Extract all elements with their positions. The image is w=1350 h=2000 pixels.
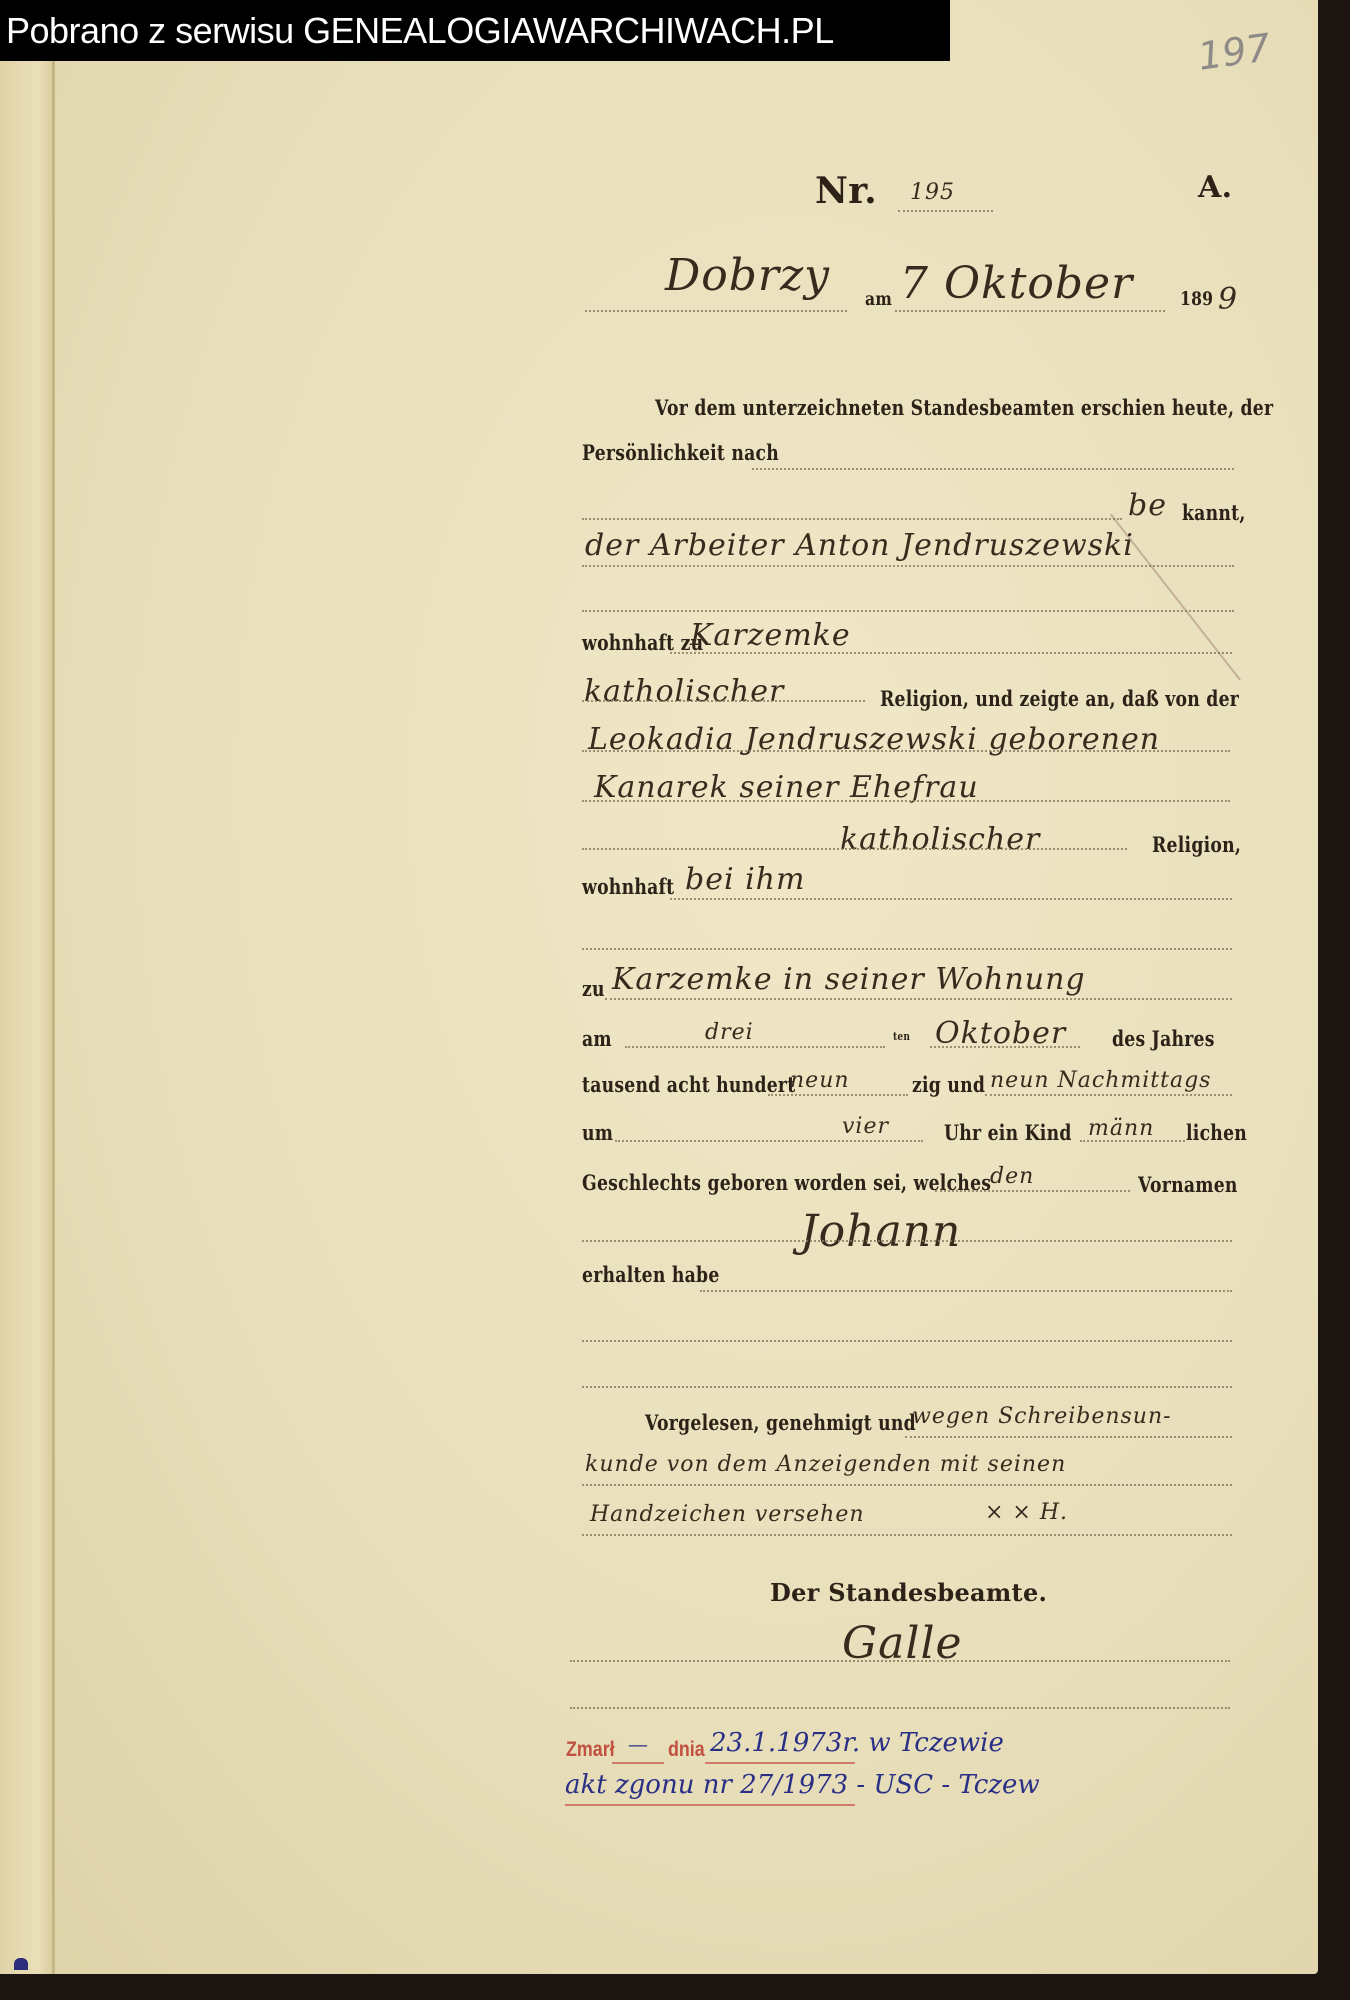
ruling-16: [985, 1094, 1232, 1096]
place-ruling: [585, 310, 847, 312]
record-number: 195: [910, 180, 955, 205]
ruling-23: [582, 1386, 1232, 1388]
des-jahres-label: des Jahres: [1112, 1026, 1215, 1051]
stamp-underline-2: [705, 1762, 855, 1764]
ruling-1: [752, 468, 1234, 470]
ruling-18: [1080, 1140, 1185, 1142]
binding-line: [52, 0, 54, 1974]
ruling-8: [582, 800, 1230, 802]
ruling-22: [582, 1340, 1232, 1342]
informant-residence: Karzemke: [690, 618, 851, 653]
ruling-11: [582, 948, 1232, 950]
ruling-10: [670, 898, 1232, 900]
ten-label: ten: [893, 1030, 910, 1043]
ruling-9: [582, 848, 1127, 850]
uhr-label: Uhr ein Kind: [944, 1120, 1072, 1145]
ruling-14: [930, 1046, 1080, 1048]
source-watermark: Pobrano z serwisu GENEALOGIAWARCHIWACH.P…: [0, 0, 950, 61]
ruling-4: [582, 610, 1234, 612]
dnia-stamp: dnia: [668, 1738, 705, 1762]
stamp-underline-3: [565, 1804, 855, 1806]
ruling-5: [670, 652, 1232, 654]
ruling-24: [905, 1436, 1232, 1438]
ruling-26: [582, 1534, 1232, 1536]
ruling-20: [582, 1240, 1232, 1242]
ruling-7: [582, 750, 1230, 752]
informant-name: der Arbeiter Anton Jendruszewski: [585, 528, 1134, 563]
bekannt-label: kannt,: [1182, 500, 1246, 525]
informant-religion: katholischer: [584, 674, 784, 709]
ruling-15: [768, 1094, 908, 1096]
intro-text: Vor dem unterzeichneten Standesbeamten e…: [655, 395, 1273, 420]
decade-hand: neun: [790, 1068, 850, 1093]
am-birth-label: am: [582, 1026, 612, 1051]
sex-hand: männ: [1088, 1116, 1154, 1141]
um-label: um: [582, 1120, 613, 1145]
zig-und-label: zig und: [912, 1072, 985, 1097]
ruling-28: [570, 1707, 1230, 1709]
mother-religion: katholischer: [840, 822, 1040, 857]
date-day-month: 7 Oktober: [900, 258, 1133, 309]
ruling-21: [700, 1290, 1232, 1292]
lichen-label: lichen: [1186, 1120, 1247, 1145]
left-page-edge: [0, 0, 55, 1974]
pencil-page-number: 197: [1195, 25, 1273, 79]
form-letter: A.: [1198, 170, 1232, 205]
religion-label: Religion,: [1152, 832, 1241, 857]
zmarl-dash: —: [628, 1732, 648, 1756]
year-hand: 9: [1218, 282, 1238, 317]
am-label: am: [865, 288, 892, 310]
death-act-reference: akt zgonu nr 27/1973 - USC - Tczew: [565, 1770, 1040, 1800]
place-name: Dobrzy: [665, 250, 830, 301]
ruling-17: [615, 1140, 923, 1142]
birth-place: Karzemke in seiner Wohnung: [612, 962, 1086, 997]
ruling-25: [582, 1484, 1232, 1486]
ruling-19: [935, 1190, 1130, 1192]
closing-note-line2: kunde von dem Anzeigenden mit seinen: [585, 1452, 1066, 1477]
closing-note-line1: wegen Schreibensun-: [912, 1404, 1172, 1429]
hour-hand: vier: [842, 1114, 889, 1139]
ruling-13: [625, 1046, 885, 1048]
vorgelesen-label: Vorgelesen, genehmigt und: [645, 1410, 916, 1435]
wohnhaft-label: wohnhaft: [582, 874, 674, 899]
ruling-12: [605, 998, 1232, 1000]
geschlechts-label: Geschlechts geboren worden sei, welches: [582, 1170, 991, 1195]
religion-statement: Religion, und zeigte an, daß von der: [880, 686, 1239, 711]
nr-label: Nr.: [815, 170, 877, 212]
zmarl-stamp: Zmarł: [566, 1738, 615, 1762]
vornamen-label: Vornamen: [1138, 1172, 1238, 1197]
ruling-27: [570, 1660, 1230, 1662]
zu-label: zu: [582, 976, 605, 1001]
official-title: Der Standesbeamte.: [770, 1578, 1047, 1607]
ruling-3: [582, 565, 1234, 567]
personlichkeit-label: Persönlichkeit nach: [582, 440, 779, 465]
mother-residence: bei ihm: [685, 862, 805, 897]
date-ruling: [895, 310, 1165, 312]
stamp-underline-1: [612, 1762, 664, 1764]
document-page: 197 Nr. 195 A. Dobrzy am 7 Oktober 189 9…: [0, 0, 1318, 1974]
ruling-6: [582, 700, 865, 702]
year-unit-hand: neun Nachmittags: [990, 1068, 1211, 1093]
informant-marks: × × H.: [985, 1500, 1068, 1525]
child-name: Johann: [800, 1206, 961, 1257]
bekannt-hand: be: [1128, 488, 1167, 523]
nr-ruling: [898, 210, 993, 212]
birth-day: drei: [705, 1020, 754, 1045]
ruling-2: [582, 518, 1122, 520]
tausend-label: tausend acht hundert: [582, 1072, 795, 1097]
erhalten-label: erhalten habe: [582, 1262, 720, 1287]
closing-note-line3: Handzeichen versehen: [590, 1502, 865, 1527]
year-printed: 189: [1180, 288, 1213, 310]
den-hand: den: [990, 1164, 1034, 1189]
binding-corner: [14, 1958, 28, 1970]
death-date-place: 23.1.1973r. w Tczewie: [710, 1728, 1004, 1758]
